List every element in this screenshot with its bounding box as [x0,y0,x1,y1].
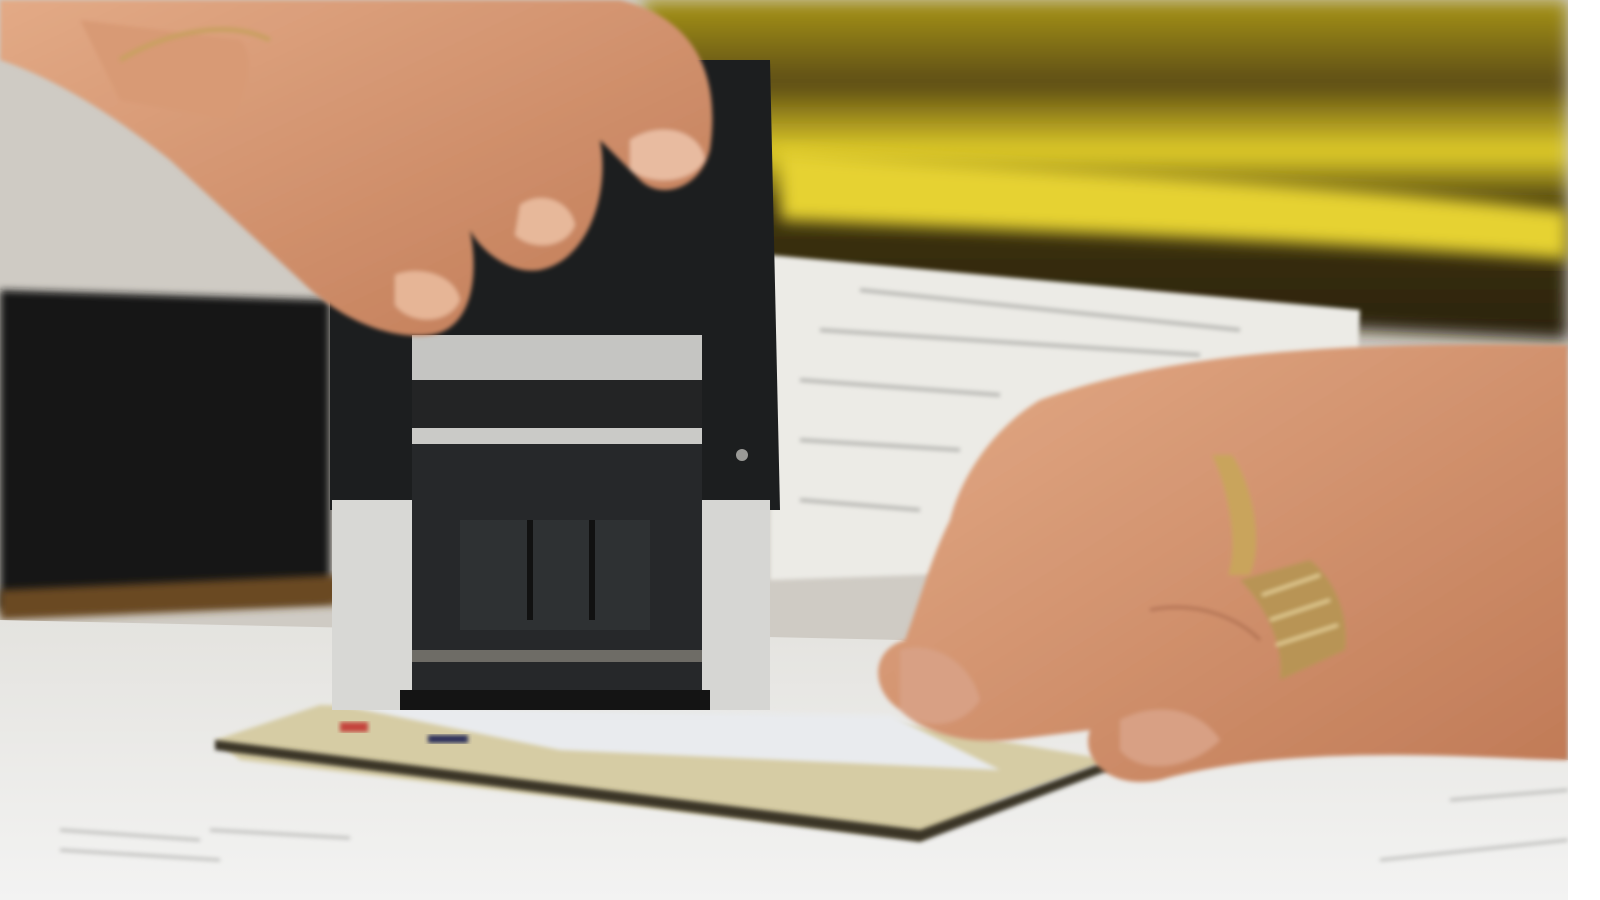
photograph [0,0,1568,900]
photo-scene [0,0,1568,900]
image-border [1568,0,1600,900]
